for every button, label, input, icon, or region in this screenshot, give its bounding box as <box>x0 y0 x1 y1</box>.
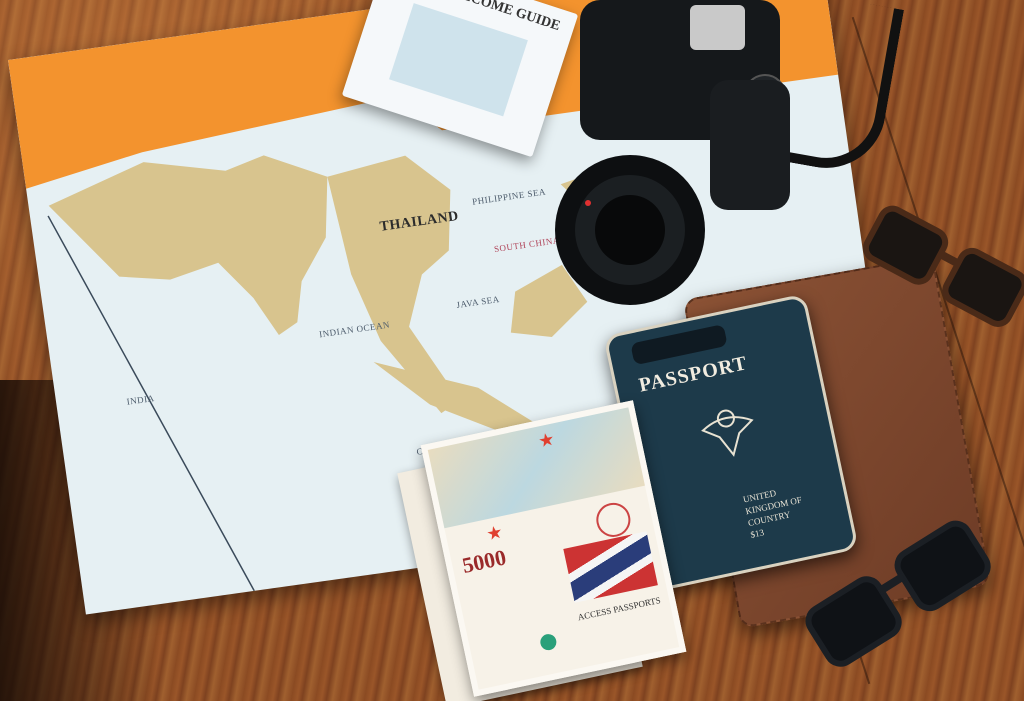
booklet-panel <box>389 3 528 116</box>
sunglasses-top <box>830 195 1024 395</box>
ticket-amount: 5000 <box>460 544 508 579</box>
flag-icon <box>563 531 658 602</box>
sunglasses-bottom <box>790 500 1020 700</box>
star-icon: ★ <box>485 521 505 545</box>
travel-flatlay-scene: THAILAND PHILIPPINE SEA INDIAN OCEAN JAV… <box>0 0 1024 701</box>
camera <box>520 0 820 310</box>
stamp-icon <box>593 500 633 540</box>
seal-icon <box>539 633 558 652</box>
eagle-emblem-icon <box>693 395 764 466</box>
